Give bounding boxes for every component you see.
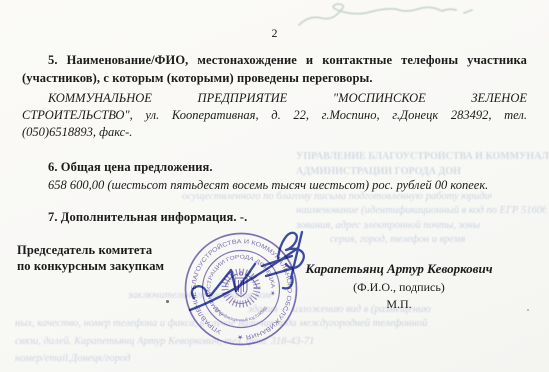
ink-dot [527,309,529,311]
bleedthrough-line: зования, адрес электронной почты, зоны [296,220,546,232]
section5-body-line2: СТРОИТЕЛЬСТВО", ул. Кооперативная, д. 22… [22,108,527,123]
committee-chair-title-line1: Председатель комитета [17,243,152,258]
bleedthrough-line: серия, город, телефон и время [330,234,528,246]
ink-dot [166,300,169,303]
section6-body: 658 600,00 (шестьсот пятьдесят восемь ты… [48,178,488,193]
section5-heading-line2: (участников), с которым (которыми) прове… [22,71,373,86]
section5-heading-line1: 5. Наименование/ФИО, местонахождение и к… [22,53,527,68]
section5-body-line1: КОММУНАЛЬНОЕ ПРЕДПРИЯТИЕ "МОСПИНСКОЕ ЗЕЛ… [22,91,527,106]
committee-chair-title-line2: по конкурсным закупкам [17,259,164,274]
page-number: 2 [0,26,549,41]
bleedthrough-line: АДМИНИСТРАЦИИ ГОРОДА ДОНЕЦКА [296,166,461,178]
section6-heading: 6. Общая цена предложения. [48,160,213,175]
section5-body-line3: (050)6518893, факс-. [22,125,132,140]
handwritten-signature [178,216,328,321]
bleedthrough-line: УПРАВЛЕНИЕ БЛАГОУСТРОЙСТВА И КОММУНАЛЬНО… [296,151,548,163]
bleedthrough-line: наименование (идентификационный в код по… [296,205,546,217]
bleedthrough-line: номер/email.Донецк/город [15,353,185,365]
scanned-document-page: УПРАВЛЕНИЕ БЛАГОУСТРОЙСТВА И КОММУНАЛЬНО… [0,0,549,372]
